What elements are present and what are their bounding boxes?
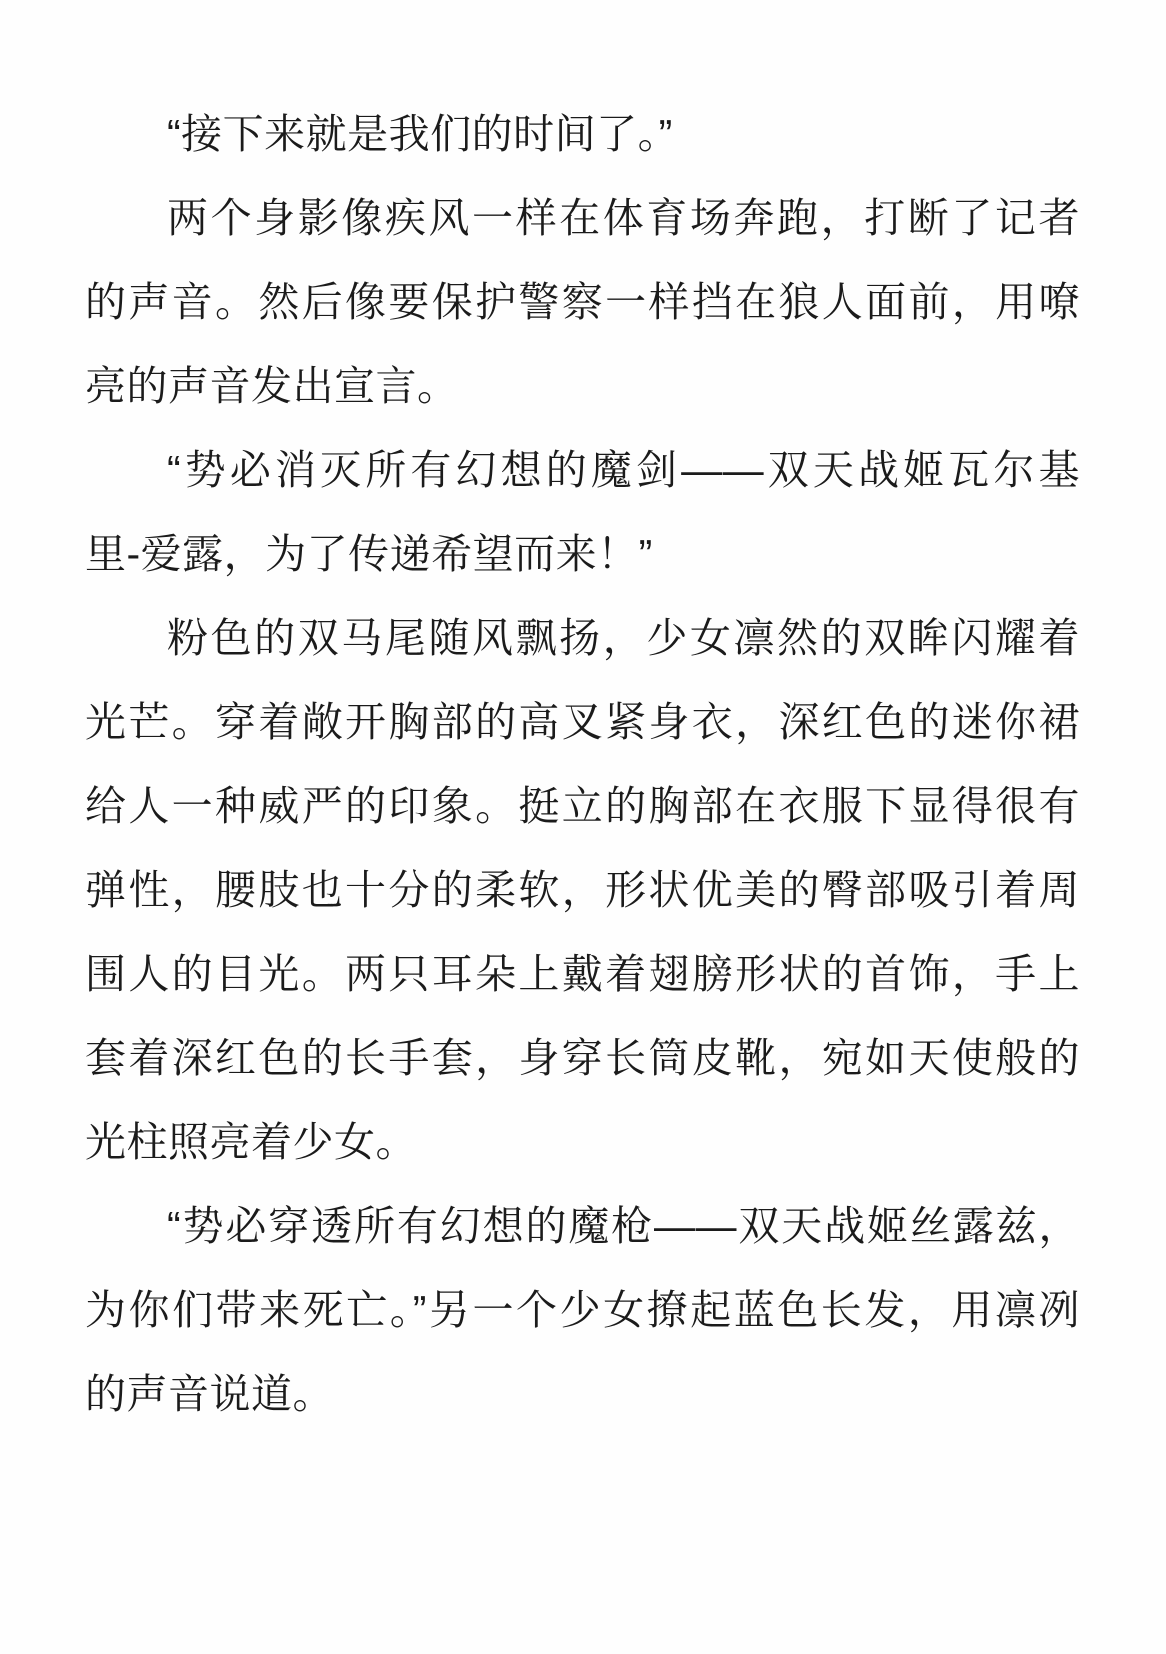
document-page: “接下来就是我们的时间了。”两个身影像疾风一样在体育场奔跑，打断了记者的声音。然… (0, 0, 1166, 1654)
text-line: 的声音说道。 (85, 1352, 1080, 1436)
text-line: 的声音。然后像要保护警察一样挡在狼人面前，用嘹 (85, 260, 1080, 344)
text-line: 两个身影像疾风一样在体育场奔跑，打断了记者 (85, 176, 1080, 260)
text-line: 套着深红色的长手套，身穿长筒皮靴，宛如天使般的 (85, 1016, 1080, 1100)
text-line: 粉色的双马尾随风飘扬，少女凛然的双眸闪耀着 (85, 596, 1080, 680)
text-line: “接下来就是我们的时间了。” (85, 92, 1080, 176)
text-line: “势必穿透所有幻想的魔枪——双天战姬丝露兹， (85, 1184, 1080, 1268)
text-line: 给人一种威严的印象。挺立的胸部在衣服下显得很有 (85, 764, 1080, 848)
text-line: 弹性，腰肢也十分的柔软，形状优美的臀部吸引着周 (85, 848, 1080, 932)
text-line: 围人的目光。两只耳朵上戴着翅膀形状的首饰，手上 (85, 932, 1080, 1016)
text-line: 光柱照亮着少女。 (85, 1100, 1080, 1184)
text-line: 光芒。穿着敞开胸部的高叉紧身衣，深红色的迷你裙 (85, 680, 1080, 764)
text-line: 为你们带来死亡。”另一个少女撩起蓝色长发，用凛冽 (85, 1268, 1080, 1352)
text-line: 亮的声音发出宣言。 (85, 344, 1080, 428)
text-line: 里-爱露，为了传递希望而来！” (85, 512, 1080, 596)
text-line: “势必消灭所有幻想的魔剑——双天战姬瓦尔基 (85, 428, 1080, 512)
novel-text-block: “接下来就是我们的时间了。”两个身影像疾风一样在体育场奔跑，打断了记者的声音。然… (85, 92, 1080, 1436)
